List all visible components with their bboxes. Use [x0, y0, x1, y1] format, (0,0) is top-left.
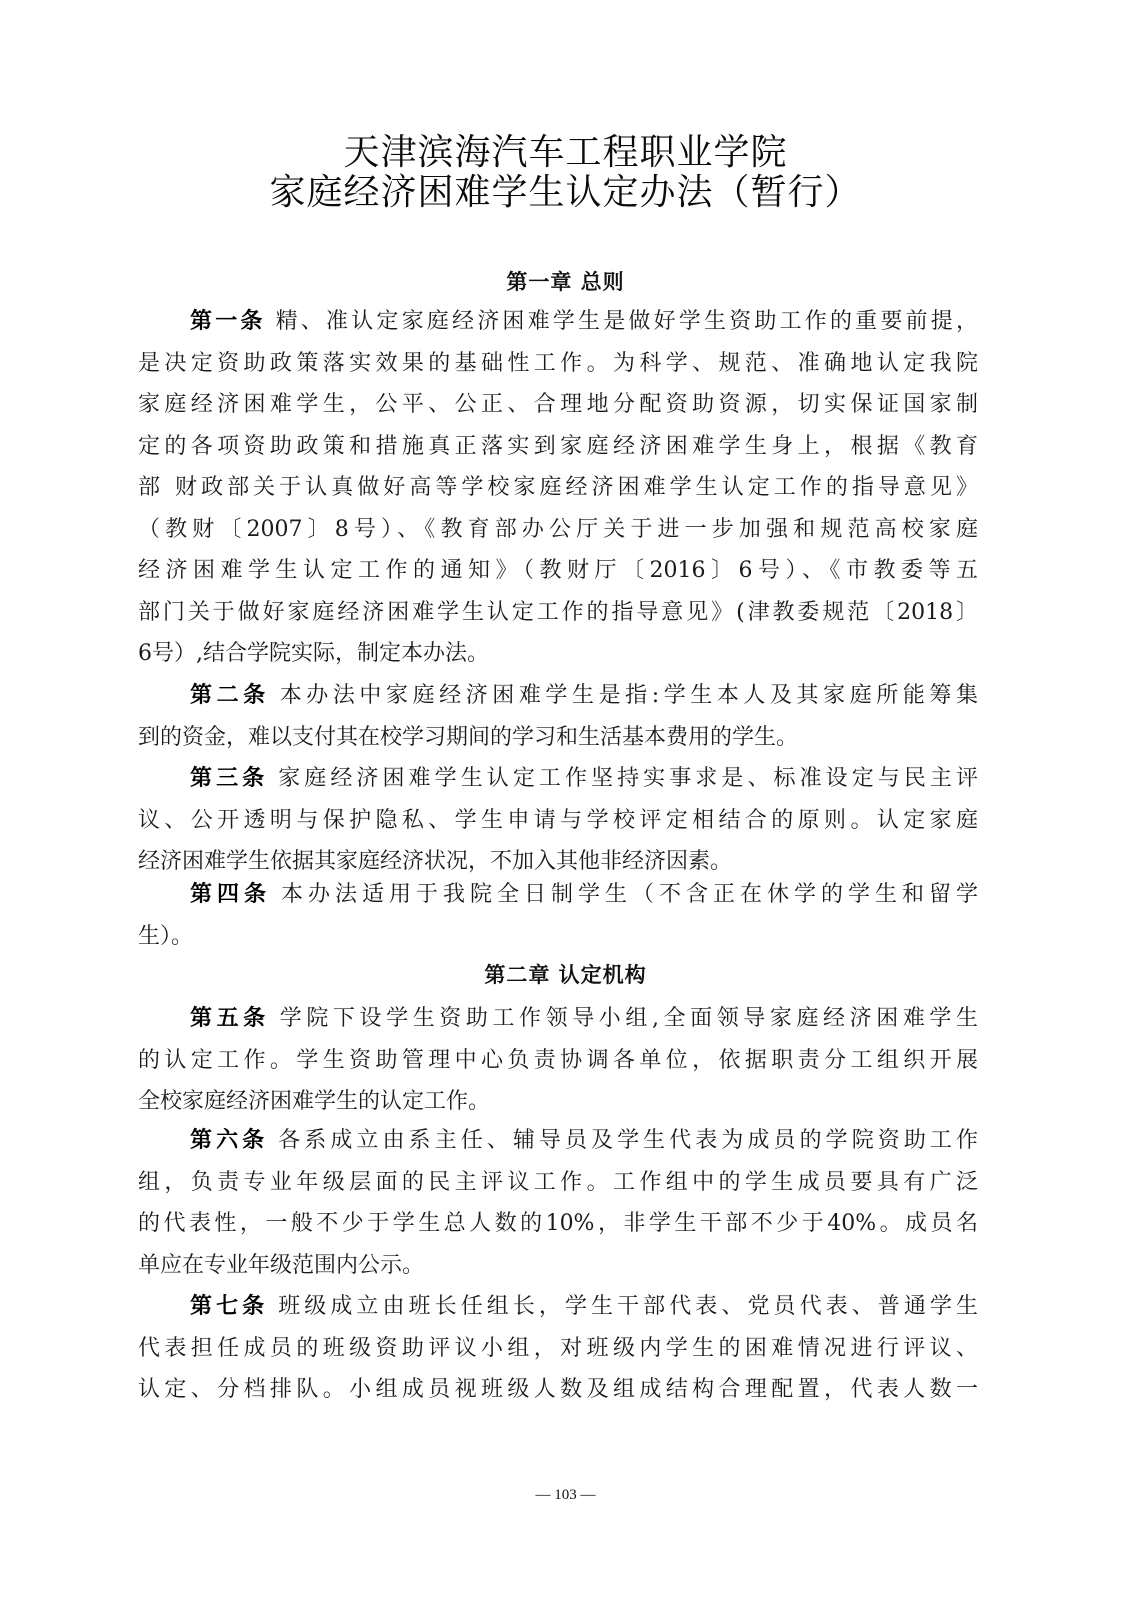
article-text: 本办法中家庭经济困难学生是指:学生本人及其家庭所能筹集 [280, 683, 978, 708]
article-line: 的认定工作。学生资助管理中心负责协调各单位，依据职责分工组织开展 [138, 1040, 978, 1082]
chapter-heading: 第一章 总则 [0, 267, 1131, 297]
document-page: 天津滨海汽车工程职业学院 家庭经济困难学生认定办法（暂行） 第一章 总则 第一条… [0, 0, 1131, 1600]
article-line: 到的资金，难以支付其在校学习期间的学习和生活基本费用的学生。 [138, 717, 978, 759]
article-line: 是决定资助政策落实效果的基础性工作。为科学、规范、准确地认定我院 [138, 343, 978, 385]
article-text: 各系成立由系主任、辅导员及学生代表为成员的学院资助工作 [278, 1128, 978, 1153]
article-text: 学院下设学生资助工作领导小组,全面领导家庭经济困难学生 [280, 1006, 978, 1031]
article-3: 第三条家庭经济困难学生认定工作坚持实事求是、标准设定与民主评 议、公开透明与保护… [138, 758, 978, 883]
article-line: 议、公开透明与保护隐私、学生申请与学校评定相结合的原则。认定家庭 [138, 800, 978, 842]
article-line: 定的各项资助政策和措施真正落实到家庭经济困难学生身上，根据《教育 [138, 426, 978, 468]
page-number: — 103 — [0, 1487, 1131, 1504]
article-line: 部门关于做好家庭经济困难学生认定工作的指导意见》(津教委规范〔2018〕 [138, 592, 978, 634]
article-line: 生）。 [138, 916, 978, 958]
article-2: 第二条本办法中家庭经济困难学生是指:学生本人及其家庭所能筹集 到的资金，难以支付… [138, 675, 978, 758]
article-line: （教财〔2007〕8号）、《教育部办公厅关于进一步加强和规范高校家庭 [138, 509, 978, 551]
article-line: 家庭经济困难学生，公平、公正、合理地分配资助资源，切实保证国家制 [138, 384, 978, 426]
article-label: 第六条 [190, 1128, 268, 1153]
article-line: 6号）,结合学院实际，制定本办法。 [138, 633, 978, 675]
article-label: 第四条 [190, 882, 271, 907]
article-line: 单应在专业年级范围内公示。 [138, 1245, 978, 1287]
article-text: 精、准认定家庭经济困难学生是做好学生资助工作的重要前提， [276, 309, 978, 334]
article-line: 第七条班级成立由班长任组长，学生干部代表、党员代表、普通学生 [138, 1286, 978, 1328]
article-5: 第五条学院下设学生资助工作领导小组,全面领导家庭经济困难学生 的认定工作。学生资… [138, 998, 978, 1123]
article-line: 的代表性，一般不少于学生总人数的10%，非学生干部不少于40%。成员名 [138, 1203, 978, 1245]
chapter-heading: 第二章 认定机构 [0, 960, 1131, 990]
article-1: 第一条精、准认定家庭经济困难学生是做好学生资助工作的重要前提， 是决定资助政策落… [138, 301, 978, 675]
document-title-line2: 家庭经济困难学生认定办法（暂行） [0, 173, 1131, 213]
article-line: 第一条精、准认定家庭经济困难学生是做好学生资助工作的重要前提， [138, 301, 978, 343]
article-label: 第五条 [190, 1006, 270, 1031]
article-text: 班级成立由班长任组长，学生干部代表、党员代表、普通学生 [278, 1294, 978, 1319]
article-label: 第三条 [190, 766, 268, 791]
document-title-line1: 天津滨海汽车工程职业学院 [0, 133, 1131, 173]
article-4: 第四条本办法适用于我院全日制学生（不含正在休学的学生和留学 生）。 [138, 874, 978, 957]
article-line: 第五条学院下设学生资助工作领导小组,全面领导家庭经济困难学生 [138, 998, 978, 1040]
article-text: 家庭经济困难学生认定工作坚持实事求是、标准设定与民主评 [278, 766, 978, 791]
article-line: 第六条各系成立由系主任、辅导员及学生代表为成员的学院资助工作 [138, 1120, 978, 1162]
article-label: 第二条 [190, 683, 270, 708]
article-6: 第六条各系成立由系主任、辅导员及学生代表为成员的学院资助工作 组，负责专业年级层… [138, 1120, 978, 1286]
article-label: 第一条 [190, 309, 266, 334]
article-line: 经济困难学生认定工作的通知》（教财厅〔2016〕6号）、《市教委等五 [138, 550, 978, 592]
article-7: 第七条班级成立由班长任组长，学生干部代表、党员代表、普通学生 代表担任成员的班级… [138, 1286, 978, 1411]
article-line: 第三条家庭经济困难学生认定工作坚持实事求是、标准设定与民主评 [138, 758, 978, 800]
article-line: 认定、分档排队。小组成员视班级人数及组成结构合理配置，代表人数一 [138, 1369, 978, 1411]
article-line: 第二条本办法中家庭经济困难学生是指:学生本人及其家庭所能筹集 [138, 675, 978, 717]
article-label: 第七条 [190, 1294, 268, 1319]
article-line: 全校家庭经济困难学生的认定工作。 [138, 1081, 978, 1123]
article-line: 代表担任成员的班级资助评议小组，对班级内学生的困难情况进行评议、 [138, 1328, 978, 1370]
article-line: 第四条本办法适用于我院全日制学生（不含正在休学的学生和留学 [138, 874, 978, 916]
article-line: 组，负责专业年级层面的民主评议工作。工作组中的学生成员要具有广泛 [138, 1162, 978, 1204]
article-text: 本办法适用于我院全日制学生（不含正在休学的学生和留学 [281, 882, 978, 907]
article-line: 部 财政部关于认真做好高等学校家庭经济困难学生认定工作的指导意见》 [138, 467, 978, 509]
